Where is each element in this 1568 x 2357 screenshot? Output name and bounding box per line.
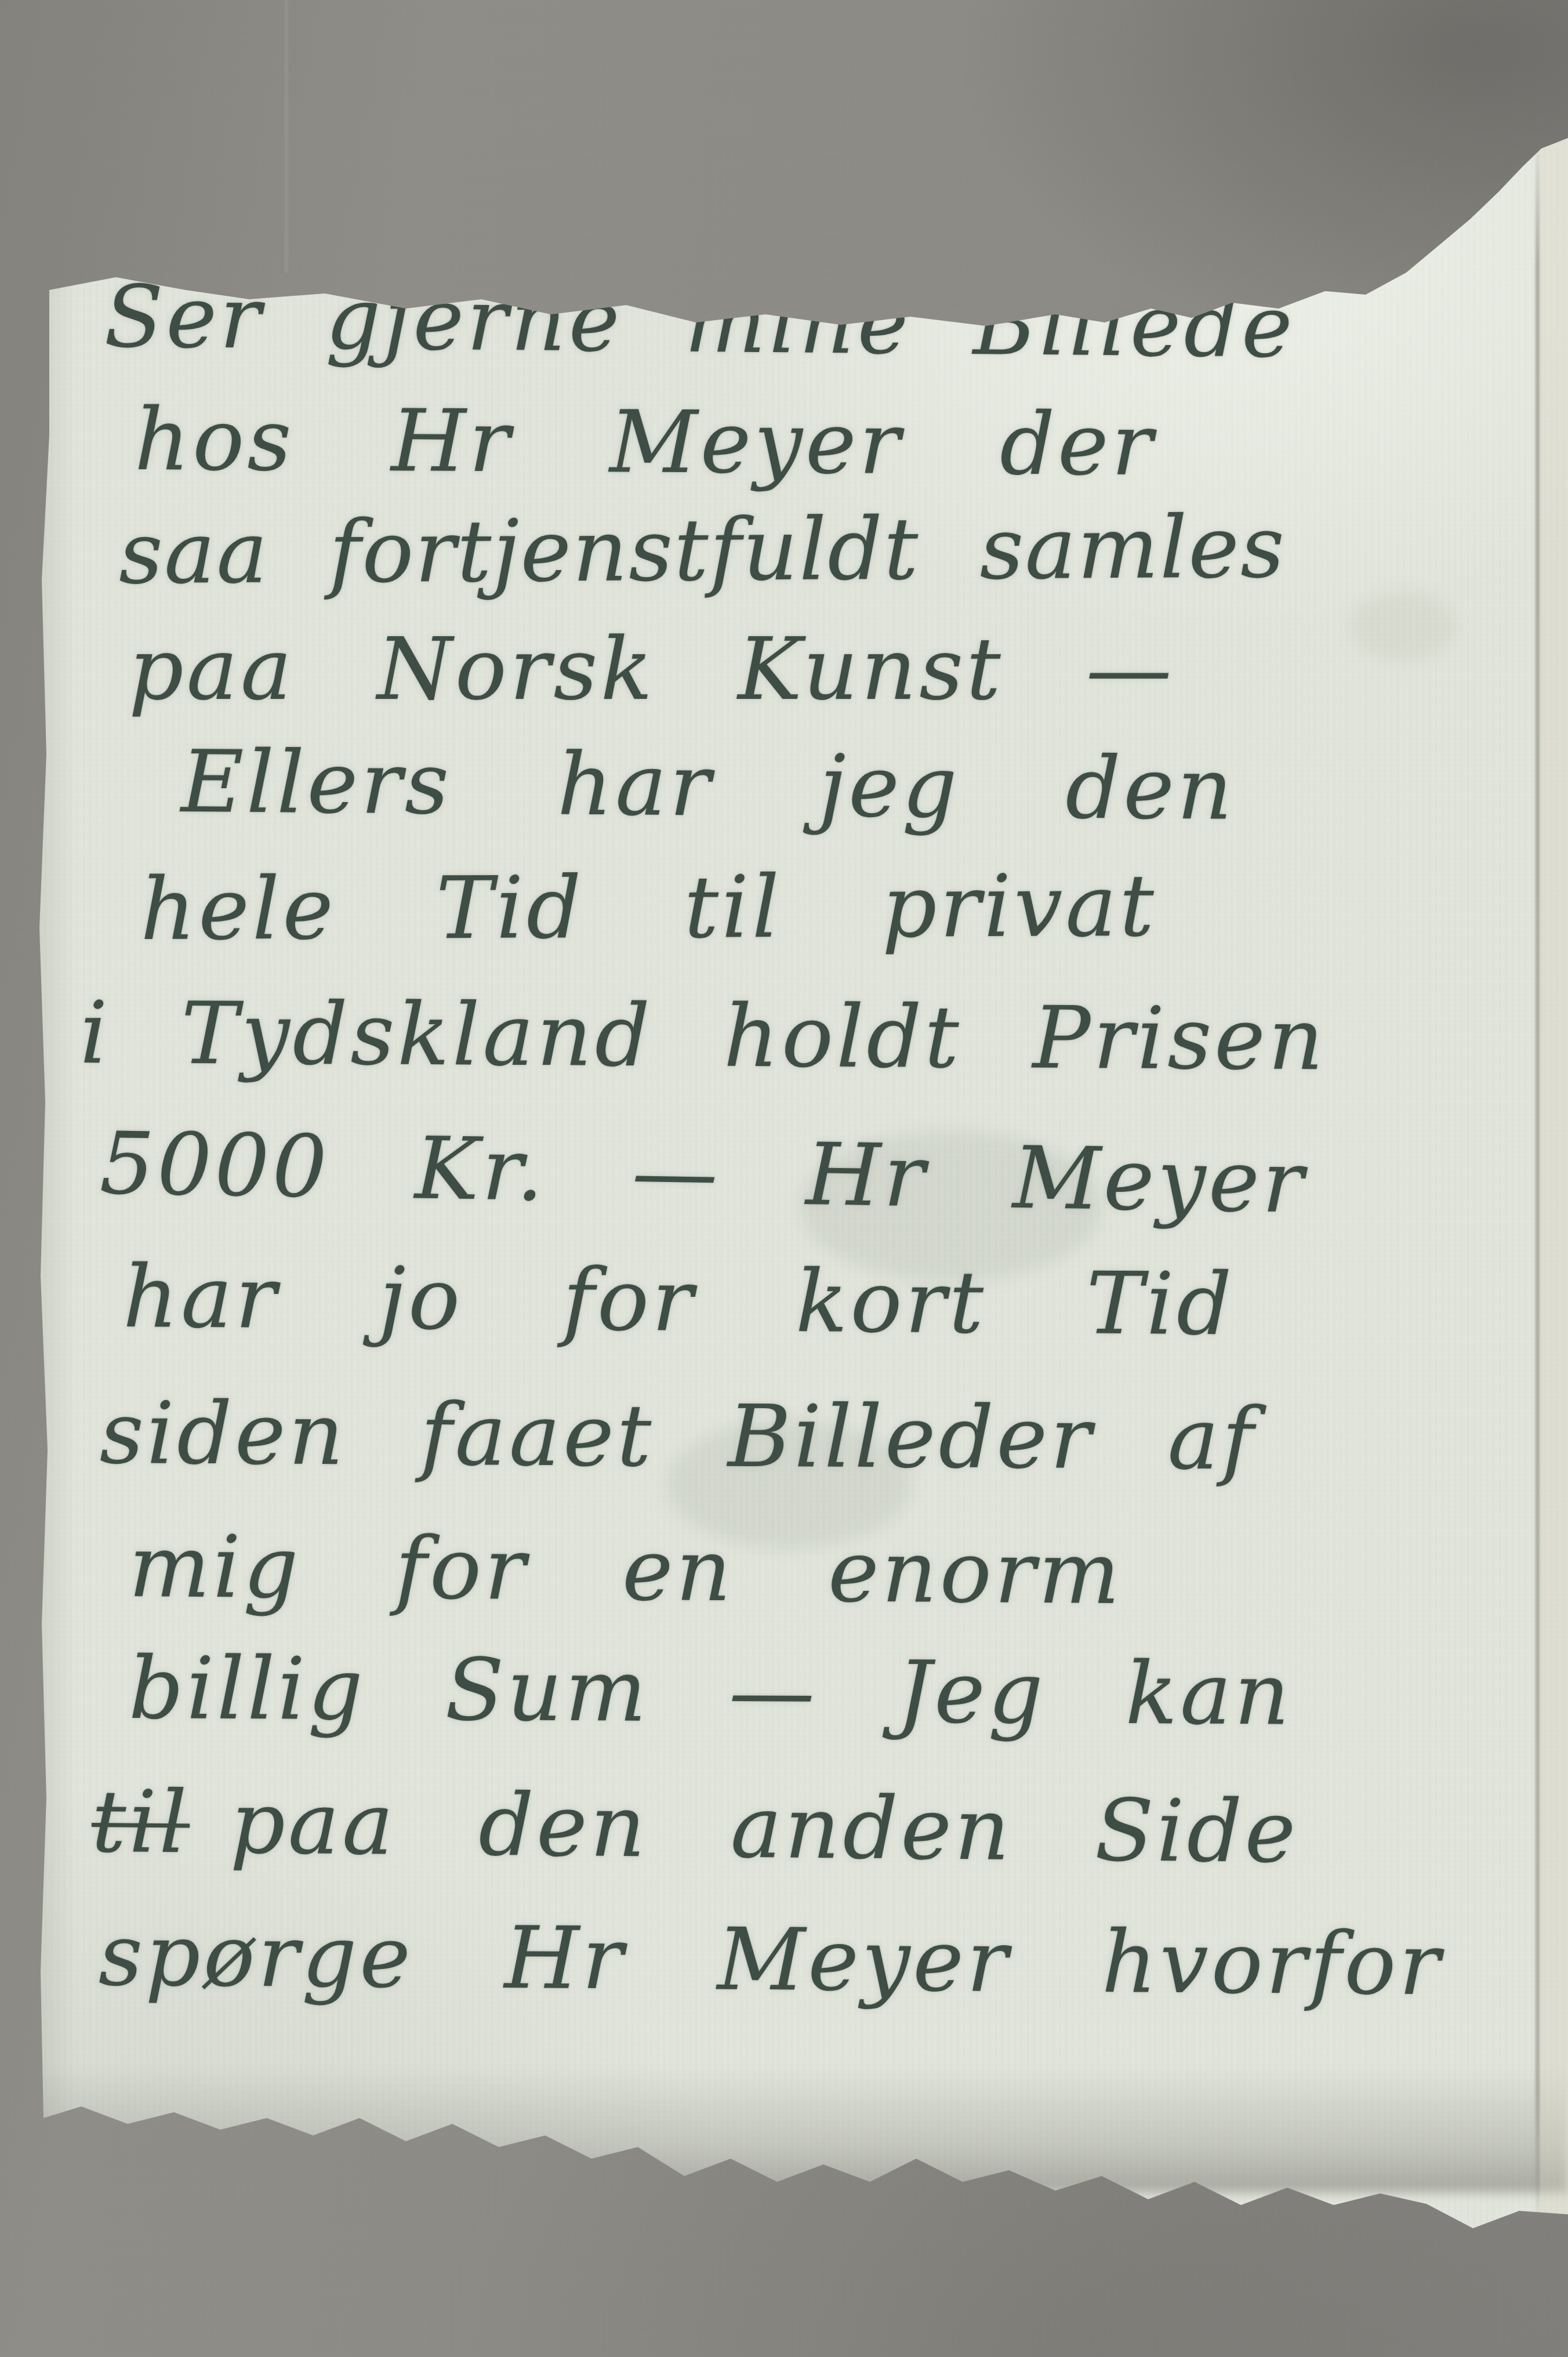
handwriting-line: saa fortjenstfuldt samles bbox=[119, 497, 1286, 603]
handwriting-line: paa Norsk Kunst — bbox=[129, 619, 1175, 719]
handwriting-line: billig Sum — Jeg kan bbox=[129, 1638, 1293, 1745]
adjacent-page-sliver bbox=[1540, 139, 1568, 2215]
page-fold-line bbox=[1536, 139, 1540, 2218]
letter-page: Ser gjerne mine Billede hos Hr Meyer der… bbox=[0, 0, 1568, 2357]
scan-background: Ser gjerne mine Billede hos Hr Meyer der… bbox=[0, 0, 1568, 2357]
handwriting-line: Ser gjerne mine Billede bbox=[104, 267, 1295, 377]
handwriting-line: 5000 Kr. — Hr Meyer bbox=[99, 1114, 1307, 1232]
torn-bottom-edge-feather bbox=[0, 2065, 1568, 2192]
torn-left-edge-shade bbox=[35, 278, 75, 2134]
background-crease bbox=[285, 0, 288, 273]
handwriting-line: Ellers har jeg den bbox=[180, 732, 1235, 839]
handwriting-line: tilpaa den anden Side bbox=[91, 1772, 1299, 1882]
handwriting-line: i Tydskland holdt Prisen bbox=[80, 983, 1327, 1089]
struck-word: til bbox=[91, 1772, 190, 1872]
paper-stain bbox=[1351, 592, 1456, 661]
handwriting-text: paa den anden Side bbox=[230, 1773, 1299, 1882]
handwriting-line: spørge Hr Meyer hvorfor bbox=[98, 1905, 1443, 2014]
handwriting-line: hos Hr Meyer der bbox=[135, 390, 1156, 495]
handwriting-line: hele Tid til privat bbox=[140, 856, 1157, 959]
handwriting-line: siden faaet Billeder af bbox=[100, 1383, 1257, 1489]
handwriting-line: har jo for kort Tid bbox=[122, 1247, 1235, 1354]
handwriting-line: mig for en enorm bbox=[128, 1517, 1123, 1623]
